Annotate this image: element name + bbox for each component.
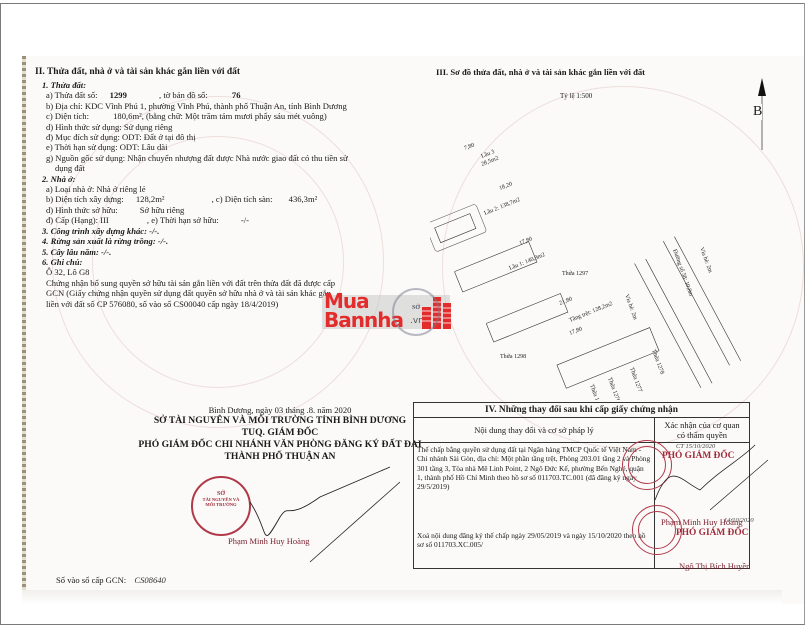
use-term: e) Thời hạn sử dụng: ODT: Lâu dài: [46, 142, 415, 152]
own-term-value: -/-: [241, 215, 249, 225]
grade-label: đ) Cấp (Hạng): III: [46, 215, 109, 225]
gcn-number-row: Số vào sổ cấp GCN: CS08640: [56, 575, 166, 585]
ownership-row: d) Hình thức sở hữu: Sở hữu riêng: [46, 205, 415, 215]
grade-row: đ) Cấp (Hạng): III , e) Thời hạn sở hữu:…: [46, 215, 415, 225]
label-parcel-1297: Thửa 1297: [562, 271, 588, 277]
changes-table-title: IV. Những thay đổi sau khi cấp giấy chứn…: [414, 403, 749, 418]
stamp-faded: SỞ: [392, 288, 440, 336]
confirm2-signer: Ngô Thị Bích Huyền: [679, 561, 750, 571]
address: b) Địa chỉ: KDC Vĩnh Phú 1, phường Vĩnh …: [46, 101, 415, 111]
notes-line1: Ô 32, Lô G8: [46, 267, 415, 277]
own-term-label: , e) Thời hạn sở hữu:: [147, 215, 219, 225]
col-content-header: Nội dung thay đổi và cơ sở pháp lý: [414, 418, 655, 442]
document-edge: [22, 56, 26, 596]
area-label: c) Diện tích:: [46, 111, 89, 121]
section2-title: II. Thửa đất, nhà ở và tài sản khác gắn …: [35, 67, 415, 77]
build-area-label: b) Diện tích xây dựng:: [46, 194, 124, 204]
label-road: Đường số 58: 10,8m: [671, 248, 695, 297]
issue-date: Bình Dương, ngày 03 tháng .8. năm 2020: [120, 405, 440, 415]
org-line3: PHÓ GIÁM ĐỐC CHI NHÁNH VĂN PHÒNG ĐĂNG KÝ…: [120, 439, 440, 451]
origin-line1: g) Nguồn gốc sử dụng: Nhận chuyển nhượng…: [46, 153, 415, 163]
label-sidewalk: Vỉa hè: 2m: [698, 247, 713, 274]
dim-3: 17,80: [519, 236, 534, 247]
ownership-label: d) Hình thức sở hữu:: [46, 205, 118, 215]
map-label: , tờ bản đồ số:: [159, 90, 208, 100]
confirm-signature-scribble: [640, 440, 770, 520]
signature-scribble: [230, 462, 400, 572]
area-value: 180,6m², (bằng chữ: Một trăm tám mươi ph…: [113, 111, 327, 121]
parcel-number: 1299: [110, 90, 127, 100]
dim-5: 17,80: [569, 326, 584, 337]
org-line2: TUQ. GIÁM ĐỐC: [120, 427, 440, 439]
label-parcel-1275: Thửa 1275: [588, 384, 603, 400]
origin-line2: dụng đất: [55, 163, 415, 173]
forest: 4. Rừng sản xuất là rừng trồng: -/-.: [42, 236, 415, 246]
ownership-value: Sở hữu riêng: [140, 205, 185, 215]
section-land-house: II. Thửa đất, nhà ở và tài sản khác gắn …: [35, 67, 415, 309]
parcel-diagram: Lầu 3 28,5m2 Lầu 2: 138,7m2 Lầu 1: 140,9…: [430, 120, 760, 400]
notes-line2: Chứng nhận bổ sung quyền sở hữu tài sản …: [46, 278, 415, 288]
north-label: B: [753, 104, 762, 120]
floor-area-value: 436,3m²: [289, 194, 318, 204]
map-scale: Tỷ lệ 1:500: [560, 92, 592, 100]
label-ground: Tầng trệt: 128,2m2: [568, 300, 613, 324]
house-type: a) Loại nhà ở: Nhà ở riêng lẻ: [46, 184, 415, 194]
other-works: 3. Công trình xây dựng khác: -/-.: [42, 226, 415, 236]
col-confirm-header: Xác nhận của cơ quancó thẩm quyền: [655, 418, 749, 442]
parcel-row: a) Thửa đất số: 1299 , tờ bản đồ số: 76: [46, 90, 415, 100]
notes-heading: 6. Ghi chú:: [42, 257, 415, 267]
label-floor2: Lầu 2: 138,7m2: [483, 196, 521, 217]
use-form: d) Hình thức sử dụng: Sử dụng riêng: [46, 122, 415, 132]
col-confirm-line1: Xác nhận của cơ quan: [664, 420, 739, 430]
house-heading: 2. Nhà ở:: [42, 174, 415, 184]
signature-block: Bình Dương, ngày 03 tháng .8. năm 2020 S…: [120, 405, 440, 463]
parcel-label: a) Thửa đất số:: [46, 90, 98, 100]
use-purpose: đ) Mục đích sử dụng: ODT: Đất ở tại đô t…: [46, 132, 415, 142]
perennial: 5. Cây lâu năm: -/-.: [42, 247, 415, 257]
label-parcel-1277: Thửa 1277: [628, 367, 643, 394]
dim-1: 7,80: [464, 142, 476, 151]
gcn-label: Số vào sổ cấp GCN:: [56, 575, 126, 585]
label-sidewalk-2: Vỉa hè: 2m: [623, 294, 638, 321]
map-number: 76: [232, 90, 241, 100]
dim-4: 21,80: [559, 296, 574, 307]
signer-name: Phạm Minh Huy Hoàng: [228, 536, 309, 546]
gcn-number: CS08640: [134, 575, 166, 585]
diagram-labels: Lầu 3 28,5m2 Lầu 2: 138,7m2 Lầu 1: 140,9…: [464, 142, 713, 400]
change-entry-release: Xoá nội dung đăng ký thế chấp ngày 29/05…: [417, 531, 651, 550]
confirm2-title: PHÓ GIÁM ĐỐC: [676, 528, 748, 538]
col-confirm-line2: có thẩm quyền: [677, 430, 727, 440]
build-area-row: b) Diện tích xây dựng: 128,2m² , c) Diện…: [46, 194, 415, 204]
label-parcel-1276: Thửa 1276: [606, 377, 621, 400]
land-heading: 1. Thửa đất:: [42, 80, 415, 90]
change-entry-mortgage: Thế chấp bằng quyền sử dụng đất tại Ngân…: [417, 445, 651, 491]
label-floor1: Lầu 1: 140,9m2: [508, 251, 546, 272]
build-area-value: 128,2m²: [136, 194, 165, 204]
label-parcel-1278: Thửa 1278: [650, 349, 665, 376]
floor-area-label: , c) Diện tích sàn:: [212, 194, 273, 204]
page-shadow: [22, 590, 782, 604]
section3-title: III. Sơ đồ thửa đất, nhà ở và tài sản kh…: [436, 67, 645, 77]
dim-2: 18,20: [499, 181, 514, 192]
label-parcel-1298: Thửa 1298: [500, 354, 526, 360]
area-row: c) Diện tích: 180,6m², (bằng chữ: Một tr…: [46, 111, 415, 121]
org-line1: SỞ TÀI NGUYÊN VÀ MÔI TRƯỜNG TỈNH BÌNH DƯ…: [120, 415, 440, 427]
